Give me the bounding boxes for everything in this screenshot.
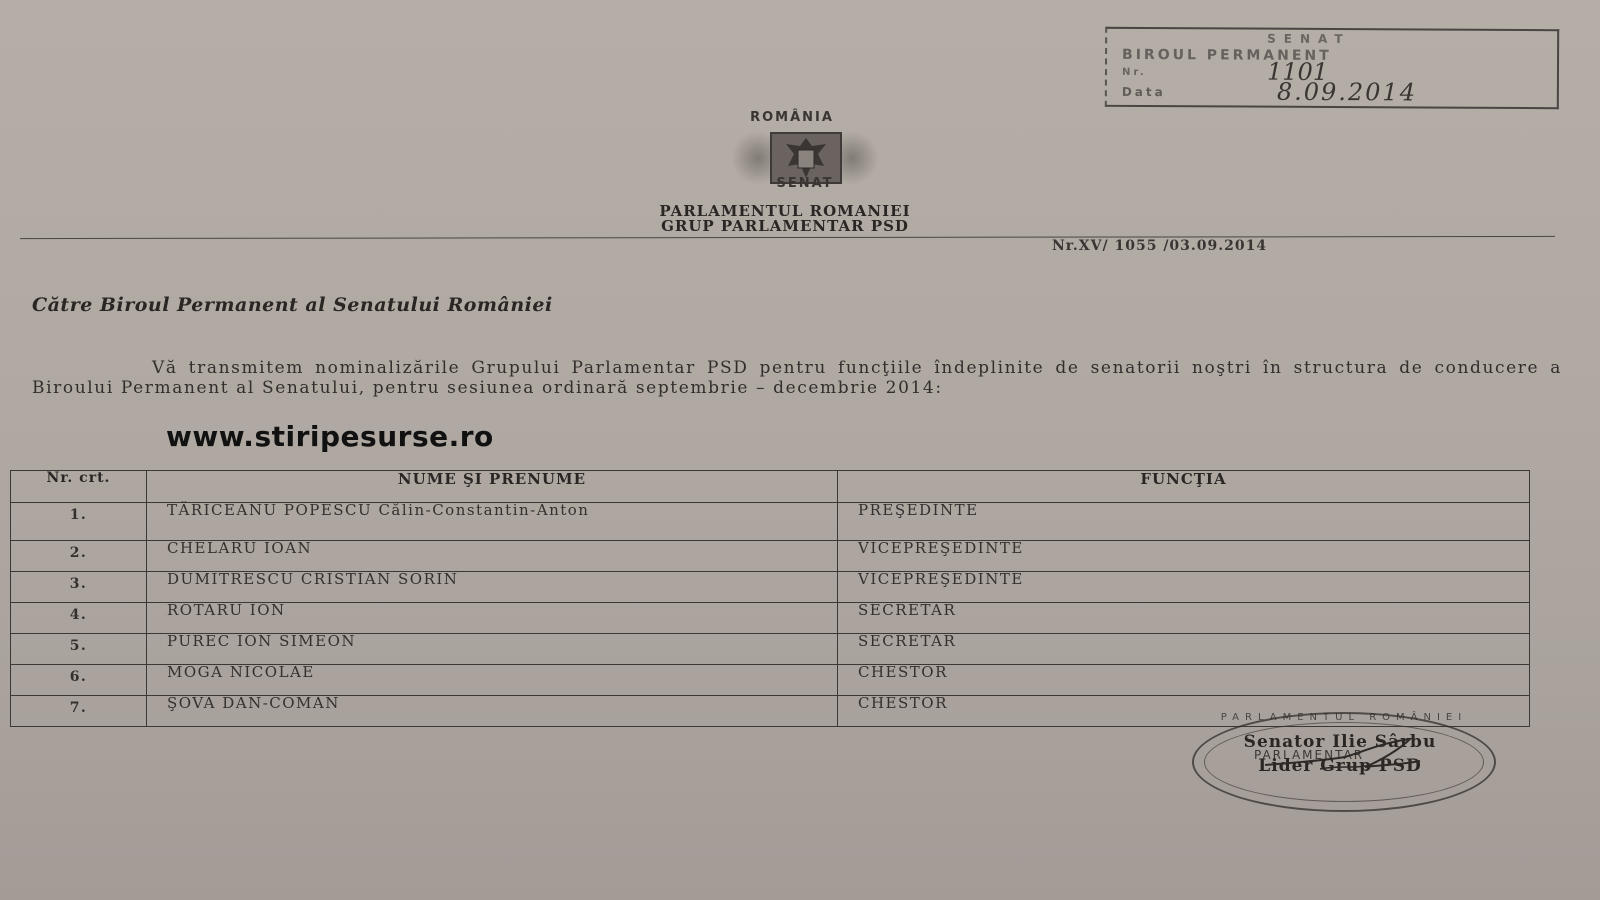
body-text: Vă transmitem nominalizările Grupului Pa… [32, 358, 1562, 398]
handwritten-signature-icon [1260, 735, 1430, 775]
website-watermark: www.stiripesurse.ro [166, 420, 494, 453]
table-header-row: Nr. crt. NUME ŞI PRENUME FUNCŢIA [11, 471, 1530, 503]
table-row: 2.CHELARU IOANVICEPREŞEDINTE [11, 541, 1530, 572]
row-number: 6. [11, 665, 147, 696]
nominations-table: Nr. crt. NUME ŞI PRENUME FUNCŢIA 1.TĂRIC… [10, 470, 1530, 727]
row-name: MOGA NICOLAE [147, 665, 838, 696]
table-row: 5.PUREC ION SIMEONSECRETAR [11, 634, 1530, 665]
document-number: Nr.XV/ 1055 /03.09.2014 [1052, 238, 1267, 254]
row-name: ROTARU ION [147, 603, 838, 634]
org-line-group: GRUP PARLAMENTAR PSD [520, 219, 1050, 234]
row-name: CHELARU IOAN [147, 541, 838, 572]
row-name: DUMITRESCU CRISTIAN SORIN [147, 572, 838, 603]
table-row: 1.TĂRICEANU POPESCU Călin-Constantin-Ant… [11, 503, 1530, 541]
table-row: 4.ROTARU IONSECRETAR [11, 603, 1530, 634]
row-function: VICEPREŞEDINTE [838, 572, 1530, 603]
row-name: ŞOVA DAN-COMAN [147, 696, 838, 727]
row-function: VICEPREŞEDINTE [838, 541, 1530, 572]
organization-header: PARLAMENTUL ROMANIEI GRUP PARLAMENTAR PS… [520, 204, 1050, 234]
emblem-bottom-text: SENAT [730, 176, 880, 191]
row-function: SECRETAR [838, 603, 1530, 634]
column-header-name: NUME ŞI PRENUME [147, 471, 838, 503]
stamp-label-data: Data [1122, 85, 1166, 99]
senate-emblem: ROMÂNIA SENAT [690, 110, 890, 195]
table-body: 1.TĂRICEANU POPESCU Călin-Constantin-Ant… [11, 503, 1530, 727]
row-number: 4. [11, 603, 147, 634]
table-row: 6.MOGA NICOLAECHESTOR [11, 665, 1530, 696]
stamp-label-nr: Nr. [1122, 67, 1147, 78]
column-header-nr: Nr. crt. [11, 471, 147, 503]
registration-stamp: SENAT BIROUL PERMANENT Nr. 1101 Data 8.0… [1105, 27, 1559, 109]
table-row: 3.DUMITRESCU CRISTIAN SORINVICEPREŞEDINT… [11, 572, 1530, 603]
round-stamp-top-text: PARLAMENTUL ROMÂNIEI [1194, 712, 1494, 723]
header-divider [20, 236, 1555, 239]
column-header-function: FUNCŢIA [838, 471, 1530, 503]
row-number: 1. [11, 503, 147, 541]
row-number: 5. [11, 634, 147, 665]
row-name: TĂRICEANU POPESCU Călin-Constantin-Anton [147, 503, 838, 541]
row-function: CHESTOR [838, 665, 1530, 696]
stamp-registration-date: 8.09.2014 [1277, 78, 1417, 107]
row-number: 3. [11, 572, 147, 603]
row-function: SECRETAR [838, 634, 1530, 665]
stamp-line-senat: SENAT [1267, 32, 1351, 46]
body-paragraph: Vă transmitem nominalizările Grupului Pa… [32, 358, 1562, 398]
row-number: 7. [11, 696, 147, 727]
addressee: Către Biroul Permanent al Senatului Româ… [32, 294, 553, 316]
row-number: 2. [11, 541, 147, 572]
row-name: PUREC ION SIMEON [147, 634, 838, 665]
emblem-top-text: ROMÂNIA [712, 110, 872, 125]
row-function: PREŞEDINTE [838, 503, 1530, 541]
